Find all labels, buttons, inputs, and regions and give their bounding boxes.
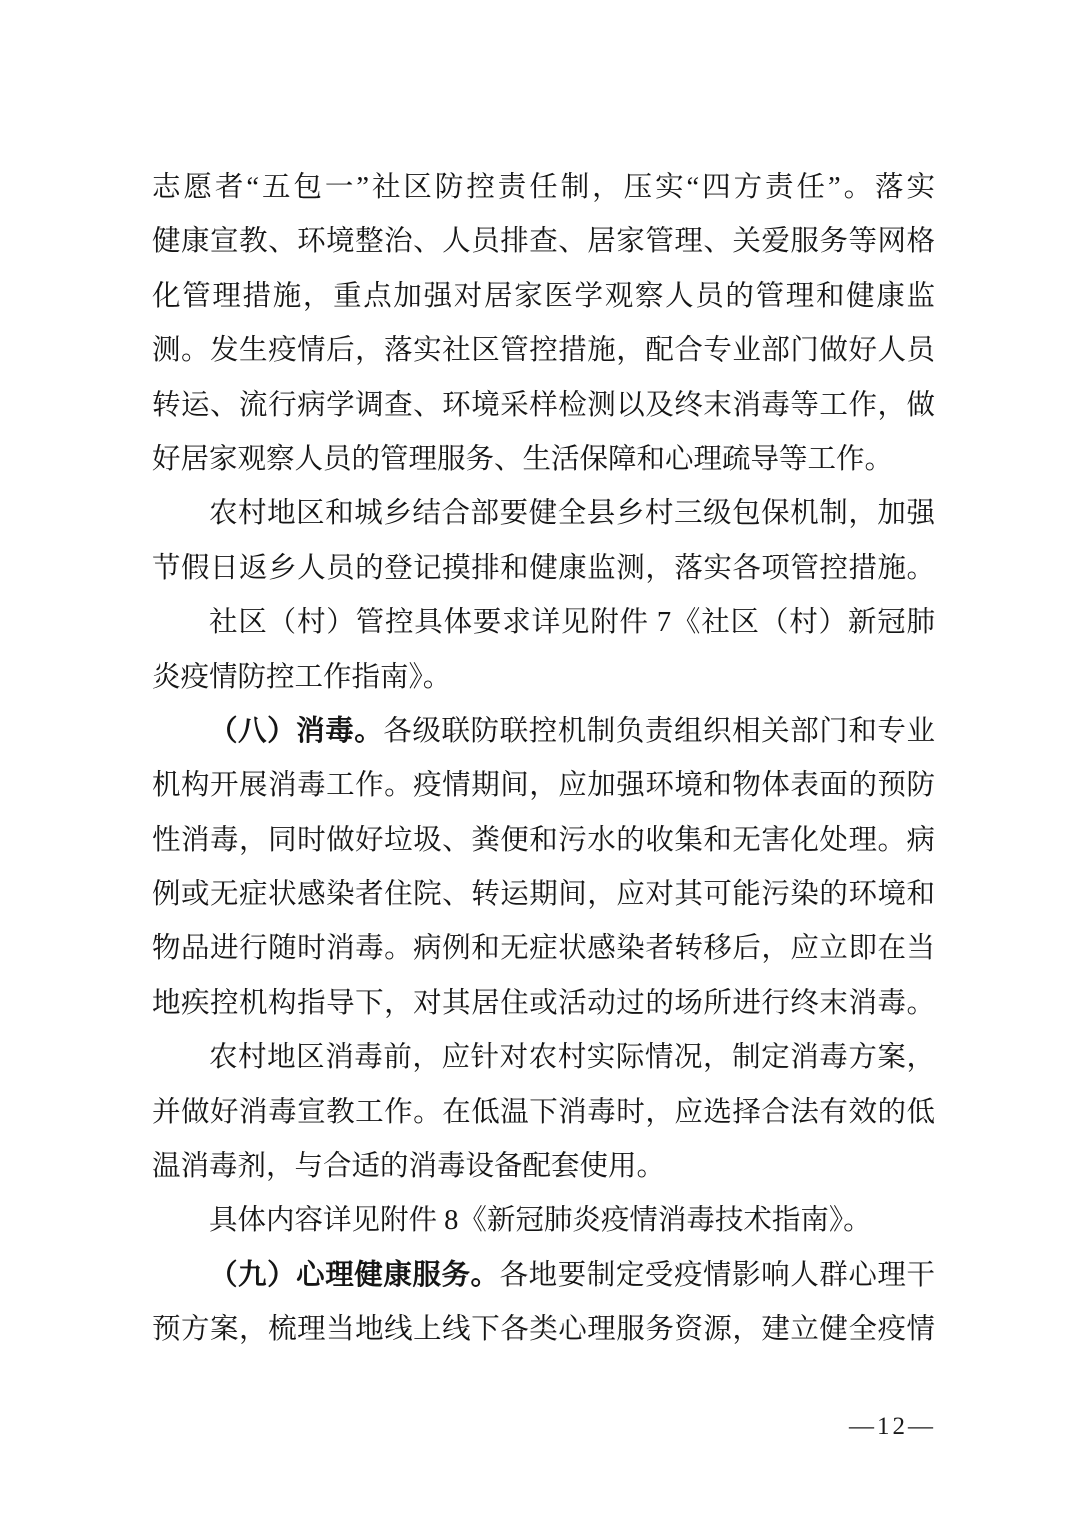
- text-line: 好居家观察人员的管理服务、生活保障和心理疏导等工作。: [152, 433, 935, 487]
- text-line: 健康宣教、环境整治、人员排查、居家管理、关爱服务等网格: [152, 215, 935, 269]
- line-text: 转运、流行病学调查、环境采样检测以及终末消毒等工作，做: [152, 390, 935, 421]
- line-text: 例或无症状感染者住院、转运期间，应对其可能污染的环境和: [152, 879, 935, 910]
- document-page: { "page": { "background_color": "#ffffff…: [0, 0, 1080, 1527]
- text-line: 志愿者“五包一”社区防控责任制，压实“四方责任”。落实: [152, 161, 935, 215]
- line-text: 物品进行随时消毒。病例和无症状感染者转移后，应立即在当: [152, 933, 935, 964]
- text-line: 机构开展消毒工作。疫情期间，应加强环境和物体表面的预防: [152, 759, 935, 813]
- text-line: 节假日返乡人员的登记摸排和健康监测，落实各项管控措施。: [152, 542, 935, 596]
- section-heading: （八）消毒。: [209, 716, 383, 747]
- text-line: 温消毒剂，与合适的消毒设备配套使用。: [152, 1140, 935, 1194]
- line-text: 志愿者“五包一”社区防控责任制，压实“四方责任”。落实: [152, 172, 935, 203]
- line-text: 预方案，梳理当地线上线下各类心理服务资源，建立健全疫情: [152, 1314, 935, 1345]
- document-body: 志愿者“五包一”社区防控责任制，压实“四方责任”。落实健康宣教、环境整治、人员排…: [152, 161, 935, 1358]
- line-text: 农村地区和城乡结合部要健全县乡村三级包保机制，加强: [209, 498, 935, 529]
- line-text: 好居家观察人员的管理服务、生活保障和心理疏导等工作。: [152, 444, 893, 475]
- line-text: 地疾控机构指导下，对其居住或活动过的场所进行终末消毒。: [152, 988, 935, 1019]
- line-text: 化管理措施，重点加强对居家医学观察人员的管理和健康监: [152, 281, 935, 312]
- text-line: 地疾控机构指导下，对其居住或活动过的场所进行终末消毒。: [152, 977, 935, 1031]
- text-line: （八）消毒。各级联防联控机制负责组织相关部门和专业: [152, 705, 935, 759]
- line-text: 炎疫情防控工作指南》。: [152, 662, 451, 693]
- line-text: 各地要制定受疫情影响人群心理干: [500, 1260, 935, 1291]
- text-line: 化管理措施，重点加强对居家医学观察人员的管理和健康监: [152, 270, 935, 324]
- text-line: 性消毒，同时做好垃圾、粪便和污水的收集和无害化处理。病: [152, 814, 935, 868]
- line-text: 并做好消毒宣教工作。在低温下消毒时，应选择合法有效的低: [152, 1097, 935, 1128]
- line-text: 测。发生疫情后，落实社区管控措施，配合专业部门做好人员: [152, 335, 935, 366]
- text-line: 农村地区消毒前，应针对农村实际情况，制定消毒方案，: [152, 1031, 935, 1085]
- text-line: 社区（村）管控具体要求详见附件 7《社区（村）新冠肺: [152, 596, 935, 650]
- text-line: 转运、流行病学调查、环境采样检测以及终末消毒等工作，做: [152, 379, 935, 433]
- line-text: 性消毒，同时做好垃圾、粪便和污水的收集和无害化处理。病: [152, 825, 935, 856]
- text-line: （九）心理健康服务。各地要制定受疫情影响人群心理干: [152, 1249, 935, 1303]
- text-line: 并做好消毒宣教工作。在低温下消毒时，应选择合法有效的低: [152, 1086, 935, 1140]
- line-text: 农村地区消毒前，应针对农村实际情况，制定消毒方案，: [209, 1042, 935, 1073]
- line-text: 机构开展消毒工作。疫情期间，应加强环境和物体表面的预防: [152, 770, 935, 801]
- text-line: 测。发生疫情后，落实社区管控措施，配合专业部门做好人员: [152, 324, 935, 378]
- line-text: 节假日返乡人员的登记摸排和健康监测，落实各项管控措施。: [152, 553, 935, 584]
- text-line: 预方案，梳理当地线上线下各类心理服务资源，建立健全疫情: [152, 1303, 935, 1357]
- text-line: 炎疫情防控工作指南》。: [152, 651, 935, 705]
- text-line: 例或无症状感染者住院、转运期间，应对其可能污染的环境和: [152, 868, 935, 922]
- text-line: 农村地区和城乡结合部要健全县乡村三级包保机制，加强: [152, 487, 935, 541]
- line-text: 健康宣教、环境整治、人员排查、居家管理、关爱服务等网格: [152, 226, 935, 257]
- line-text: 温消毒剂，与合适的消毒设备配套使用。: [152, 1151, 665, 1182]
- line-text: 具体内容详见附件 8《新冠肺炎疫情消毒技术指南》。: [209, 1205, 872, 1236]
- line-text: 社区（村）管控具体要求详见附件 7《社区（村）新冠肺: [209, 607, 935, 638]
- text-line: 物品进行随时消毒。病例和无症状感染者转移后，应立即在当: [152, 922, 935, 976]
- page-number: —12—: [849, 1412, 936, 1442]
- section-heading: （九）心理健康服务。: [209, 1260, 500, 1291]
- line-text: 各级联防联控机制负责组织相关部门和专业: [383, 716, 935, 747]
- text-line: 具体内容详见附件 8《新冠肺炎疫情消毒技术指南》。: [152, 1194, 935, 1248]
